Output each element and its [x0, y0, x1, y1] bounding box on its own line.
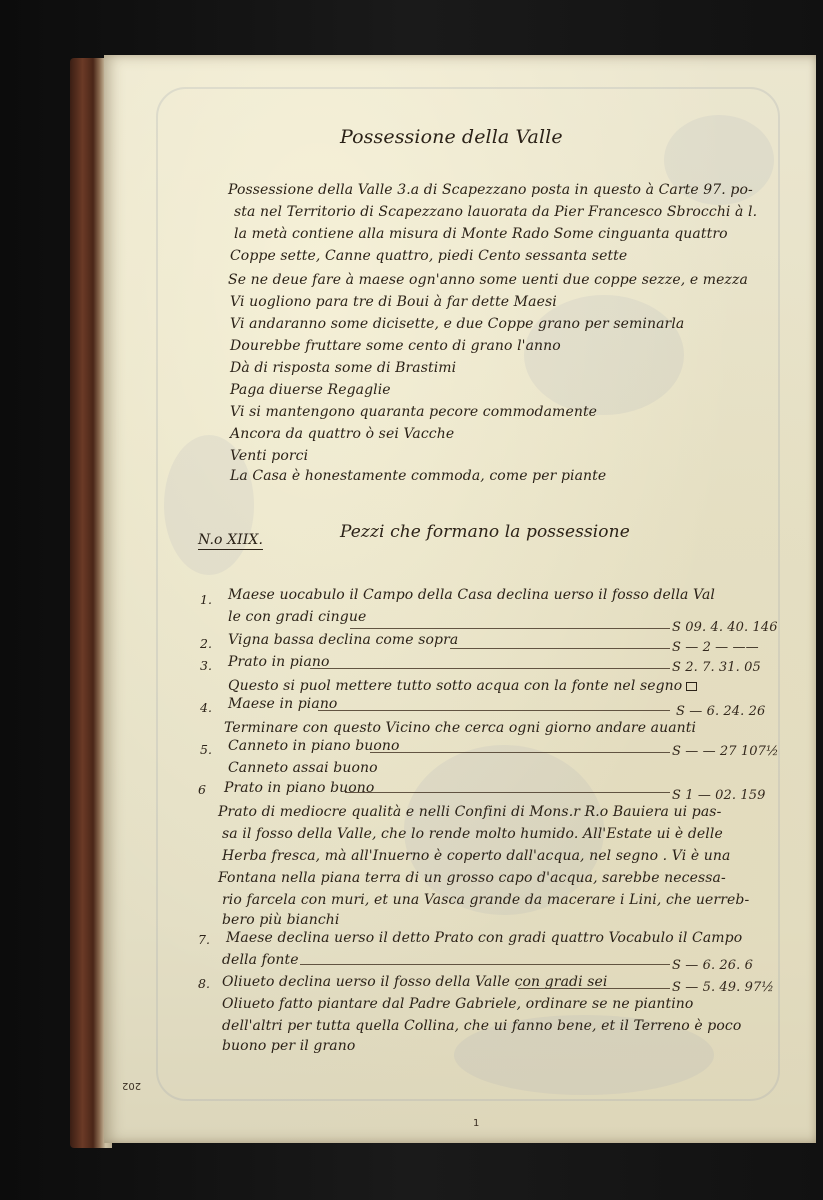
entry-number: 3.	[200, 658, 212, 673]
leader-line	[318, 710, 670, 711]
entry-figures: S 2. 7. 31. 05	[672, 660, 761, 675]
entry-line: Oliueto fatto piantare dal Padre Gabriel…	[222, 996, 693, 1012]
entry-figures: S 1 — 02. 159	[672, 788, 766, 803]
segno-mark-icon	[686, 682, 697, 691]
entry-line: Prato in piano buono	[224, 780, 374, 796]
page-title: Possessione della Valle	[340, 126, 563, 148]
intro-line: La Casa è honestamente commoda, come per…	[230, 468, 606, 484]
entry-number: 8.	[198, 976, 210, 991]
entry-line: Maese uocabulo il Campo della Casa decli…	[228, 587, 715, 603]
leader-line	[370, 752, 670, 753]
entry-line-text: Questo si puol mettere tutto sotto acqua…	[228, 678, 682, 694]
intro-line: Vi andaranno some dicisette, e due Coppe…	[230, 316, 684, 332]
entry-number: 6	[198, 782, 206, 797]
watermark-ornament	[524, 295, 684, 415]
entry-line: dell'altri per tutta quella Collina, che…	[222, 1018, 741, 1034]
intro-line: Paga diuerse Regaglie	[230, 382, 391, 398]
folio-number: 202	[122, 1080, 141, 1091]
entry-line: bero più bianchi	[222, 912, 339, 928]
entry-number: 1.	[200, 592, 212, 607]
intro-line: Dourebbe fruttare some cento di grano l'…	[230, 338, 561, 354]
leader-line	[450, 648, 670, 649]
intro-line: Possessione della Valle 3.a di Scapezzan…	[228, 182, 753, 198]
entry-line: sa il fosso della Valle, che lo rende mo…	[222, 826, 723, 842]
leader-line	[350, 628, 670, 629]
leader-line	[518, 988, 670, 989]
entry-line: Prato di mediocre qualità e nelli Confin…	[218, 804, 721, 820]
entry-figures: S — 2 — ——	[672, 640, 759, 655]
intro-line: sta nel Territorio di Scapezzano lauorat…	[234, 204, 757, 220]
intro-line: Coppe sette, Canne quattro, piedi Cento …	[230, 248, 627, 264]
intro-line: Vi si mantengono quaranta pecore commoda…	[230, 404, 597, 420]
intro-line: Venti porci	[230, 448, 308, 464]
leader-line	[300, 964, 670, 965]
entry-line: Herba fresca, mà all'Inuerno è coperto d…	[222, 848, 730, 864]
entry-figures: S — 5. 49. 97½	[672, 980, 774, 995]
entry-number: 4.	[200, 700, 212, 715]
entry-number: 2.	[200, 636, 212, 651]
entry-line: buono per il grano	[222, 1038, 355, 1054]
entry-line: Canneto assai buono	[228, 760, 378, 776]
entry-figures: S — — 27 107½	[672, 744, 779, 759]
entry-line: Maese declina uerso il detto Prato con g…	[226, 930, 742, 946]
entry-figures: S — 6. 26. 6	[672, 958, 753, 973]
intro-line: Ancora da quattro ò sei Vacche	[230, 426, 454, 442]
intro-line: Vi uogliono para tre di Boui à far dette…	[230, 294, 557, 310]
leader-line	[310, 668, 670, 669]
intro-line: la metà contiene alla misura di Monte Ra…	[234, 226, 728, 242]
entry-line: Questo si puol mettere tutto sotto acqua…	[228, 678, 697, 694]
section-heading: Pezzi che formano la possessione	[340, 522, 630, 542]
section-number: N.o XIIX.	[198, 532, 263, 550]
entry-figures: S — 6. 24. 26	[676, 704, 765, 719]
intro-line: Dà di risposta some di Brastimi	[230, 360, 456, 376]
leader-line	[345, 792, 670, 793]
entry-number: 7.	[198, 932, 210, 947]
entry-line: rio farcela con muri, et una Vasca grand…	[222, 892, 749, 908]
entry-line: Vigna bassa declina come sopra	[228, 632, 458, 648]
entry-line: Fontana nella piana terra di un grosso c…	[218, 870, 726, 886]
entry-line: le con gradi cingue	[228, 609, 366, 625]
entry-line: della fonte	[222, 952, 299, 968]
entry-number: 5.	[200, 742, 212, 757]
intro-line: Se ne deue fare à maese ogn'anno some ue…	[228, 272, 748, 288]
page-number: 1	[473, 1118, 479, 1129]
entry-figures: S 09. 4. 40. 146	[672, 620, 778, 635]
entry-line: Terminare con questo Vicino che cerca og…	[224, 720, 696, 736]
